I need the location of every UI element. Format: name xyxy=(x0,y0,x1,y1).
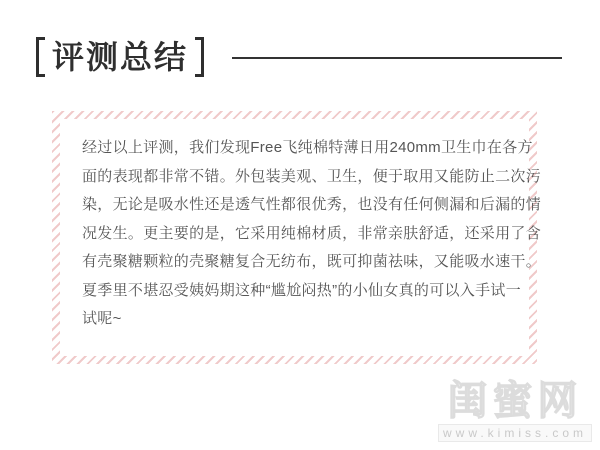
review-summary-box: 经过以上评测，我们发现Free飞纯棉特薄日用240mm卫生巾在各方 面的表现都非… xyxy=(52,111,537,364)
review-line: 面的表现都非常不错。外包装美观、卫生，便于取用又能防止二次污 xyxy=(82,163,515,192)
header-divider-line xyxy=(232,57,562,59)
left-bracket-decoration xyxy=(36,37,45,77)
review-line: 况发生。更主要的是，它采用纯棉材质，非常亲肤舒适，还采用了含 xyxy=(82,220,515,249)
review-line: 试呢~ xyxy=(82,305,515,334)
watermark-logo: 闺蜜网 xyxy=(438,380,592,422)
review-line: 染，无论是吸水性还是透气性都很优秀，也没有任何侧漏和后漏的情 xyxy=(82,191,515,220)
site-watermark: 闺蜜网 www.kimiss.com xyxy=(438,380,592,442)
review-line: 夏季里不堪忍受姨妈期这种“尴尬闷热”的小仙女真的可以入手试一 xyxy=(82,277,515,306)
review-line: 有壳聚糖颗粒的壳聚糖复合无纺布，既可抑菌祛味，又能吸水速干。 xyxy=(82,248,515,277)
review-summary-text: 经过以上评测，我们发现Free飞纯棉特薄日用240mm卫生巾在各方 面的表现都非… xyxy=(60,119,529,356)
article-section: 评测总结 经过以上评测，我们发现Free飞纯棉特薄日用240mm卫生巾在各方 面… xyxy=(0,0,600,450)
watermark-url: www.kimiss.com xyxy=(438,424,592,442)
section-header: 评测总结 xyxy=(36,36,204,78)
page-title: 评测总结 xyxy=(52,39,188,75)
review-line: 经过以上评测，我们发现Free飞纯棉特薄日用240mm卫生巾在各方 xyxy=(82,134,515,163)
right-bracket-decoration xyxy=(195,37,204,77)
